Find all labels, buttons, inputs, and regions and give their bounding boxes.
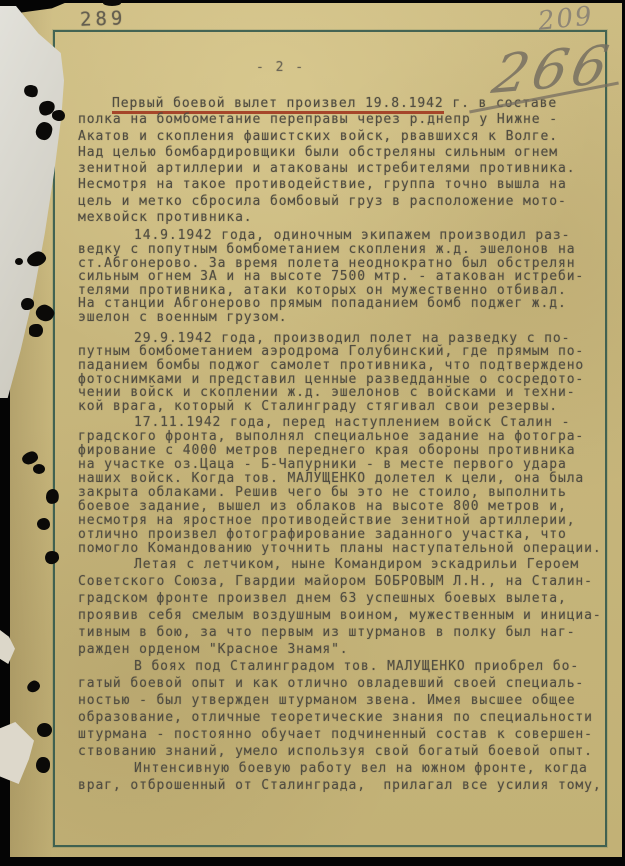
text-line: боевое задание, вышел из облаков на высо… [78, 500, 618, 514]
paragraph: Летая с летчиком, ныне Командиром эскадр… [78, 556, 618, 658]
text-line: несмотря на яростное противодействие зен… [78, 514, 618, 528]
text-line: наших войск. Когда тов. МАЛУЩЕНКО долете… [78, 472, 618, 486]
text-line: фирование с 4000 метров переднего края о… [78, 444, 618, 458]
text-line: мехвойск противника. [78, 210, 618, 226]
text-line: на участке оз.Цаца - Б-Чапурники - в мес… [78, 458, 618, 472]
text-line: цель и метко сбросила бомбовый груз в ра… [78, 194, 618, 210]
text-line: Акатов и скопления фашистских войск, рва… [78, 129, 618, 145]
text-line: паданием бомбы поджог самолет противника… [78, 359, 618, 373]
text-line: Несмотря на такое противодействие, групп… [78, 177, 618, 193]
text-line: эшелон с военным грузом. [78, 311, 618, 325]
paragraph: В боях под Сталинградом тов. МАЛУЩЕНКО п… [78, 658, 618, 760]
paragraph: Интенсивную боевую работу вел на южном ф… [78, 760, 618, 794]
text-line: градского фронта, выполнял специальное з… [78, 430, 618, 444]
ink-blot [52, 110, 65, 121]
text-line: Летая с летчиком, ныне Командиром эскадр… [78, 556, 618, 573]
ink-blot [33, 464, 45, 474]
archive-stamp-number: 289 [80, 7, 127, 31]
text-line: ностью - был утвержден штурманом звена. … [78, 692, 618, 709]
paragraph: Первый боевой вылет произвел 19.8.1942 г… [78, 96, 618, 226]
text-line: На станции Абгонерово прямым попаданием … [78, 297, 618, 311]
text-line: тивным в бою, за что первым из штурманов… [78, 624, 618, 641]
text-line: гатый боевой опыт и как отлично овладевш… [78, 675, 618, 692]
scanned-document-view: { "page": { "archive_stamp_number": "289… [0, 0, 625, 866]
text-line: враг, отброшенный от Сталинграда, прилаг… [78, 777, 618, 794]
pencil-page-number: 209 [537, 1, 595, 37]
text-line: Интенсивную боевую работу вел на южном ф… [78, 760, 618, 777]
text-line: штурмана - постоянно обучает подчиненный… [78, 726, 618, 743]
text-line: 14.9.1942 года, одиночным экипажем произ… [78, 229, 618, 243]
text-line: ствованию знаний, умело используя свой б… [78, 743, 618, 760]
punch-hole [36, 757, 50, 773]
ink-blot [15, 258, 23, 265]
text-line: отлично произвел фотографирование заданн… [78, 528, 618, 542]
text-line: путным бомбометанием аэродрома Голубинск… [78, 345, 618, 359]
text-line: ражден орденом "Красное Знамя". [78, 641, 618, 658]
text-line: сильным огнем ЗА и на высоте 7500 мтр. -… [78, 270, 618, 284]
text-line: Советского Союза, Гвардии майором БОБРОВ… [78, 573, 618, 590]
paragraph: 14.9.1942 года, одиночным экипажем произ… [78, 229, 618, 324]
text-line: проявив себя смелым воздушным воином, му… [78, 607, 618, 624]
ink-blot [37, 518, 50, 530]
text-line: образование, отличные теоретические знан… [78, 709, 618, 726]
text-line: помогло Командованию уточнить планы наст… [78, 542, 618, 556]
text-line: В боях под Сталинградом тов. МАЛУЩЕНКО п… [78, 658, 618, 675]
text-line: ведку с попутным бомбометанием скопления… [78, 243, 618, 257]
text-line: закрыта облаками. Решив чего бы это не с… [78, 486, 618, 500]
typed-page-number: - 2 - [256, 60, 305, 75]
ink-blot [29, 324, 43, 337]
text-line: зенитной артиллерии и атакованы истребит… [78, 161, 618, 177]
paragraph: 29.9.1942 года, производил полет на разв… [78, 332, 618, 414]
text-line: Над целью бомбардировщики были обстрелян… [78, 145, 618, 161]
document-text: Первый боевой вылет произвел 19.8.1942 г… [78, 90, 618, 794]
text-line: кой врага, который к Сталинграду стягива… [78, 400, 618, 414]
text-line: 17.11.1942 года, перед наступлением войс… [78, 416, 618, 430]
ink-blot [103, 0, 121, 6]
paragraph: 17.11.1942 года, перед наступлением войс… [78, 416, 618, 556]
text-line: полка на бомбометание переправы через р.… [78, 112, 618, 128]
punch-hole [37, 723, 52, 737]
text-line: чении войск и скоплении ж.д. эшелонов с … [78, 386, 618, 400]
text-line: градском фронте произвел днем 63 успешны… [78, 590, 618, 607]
